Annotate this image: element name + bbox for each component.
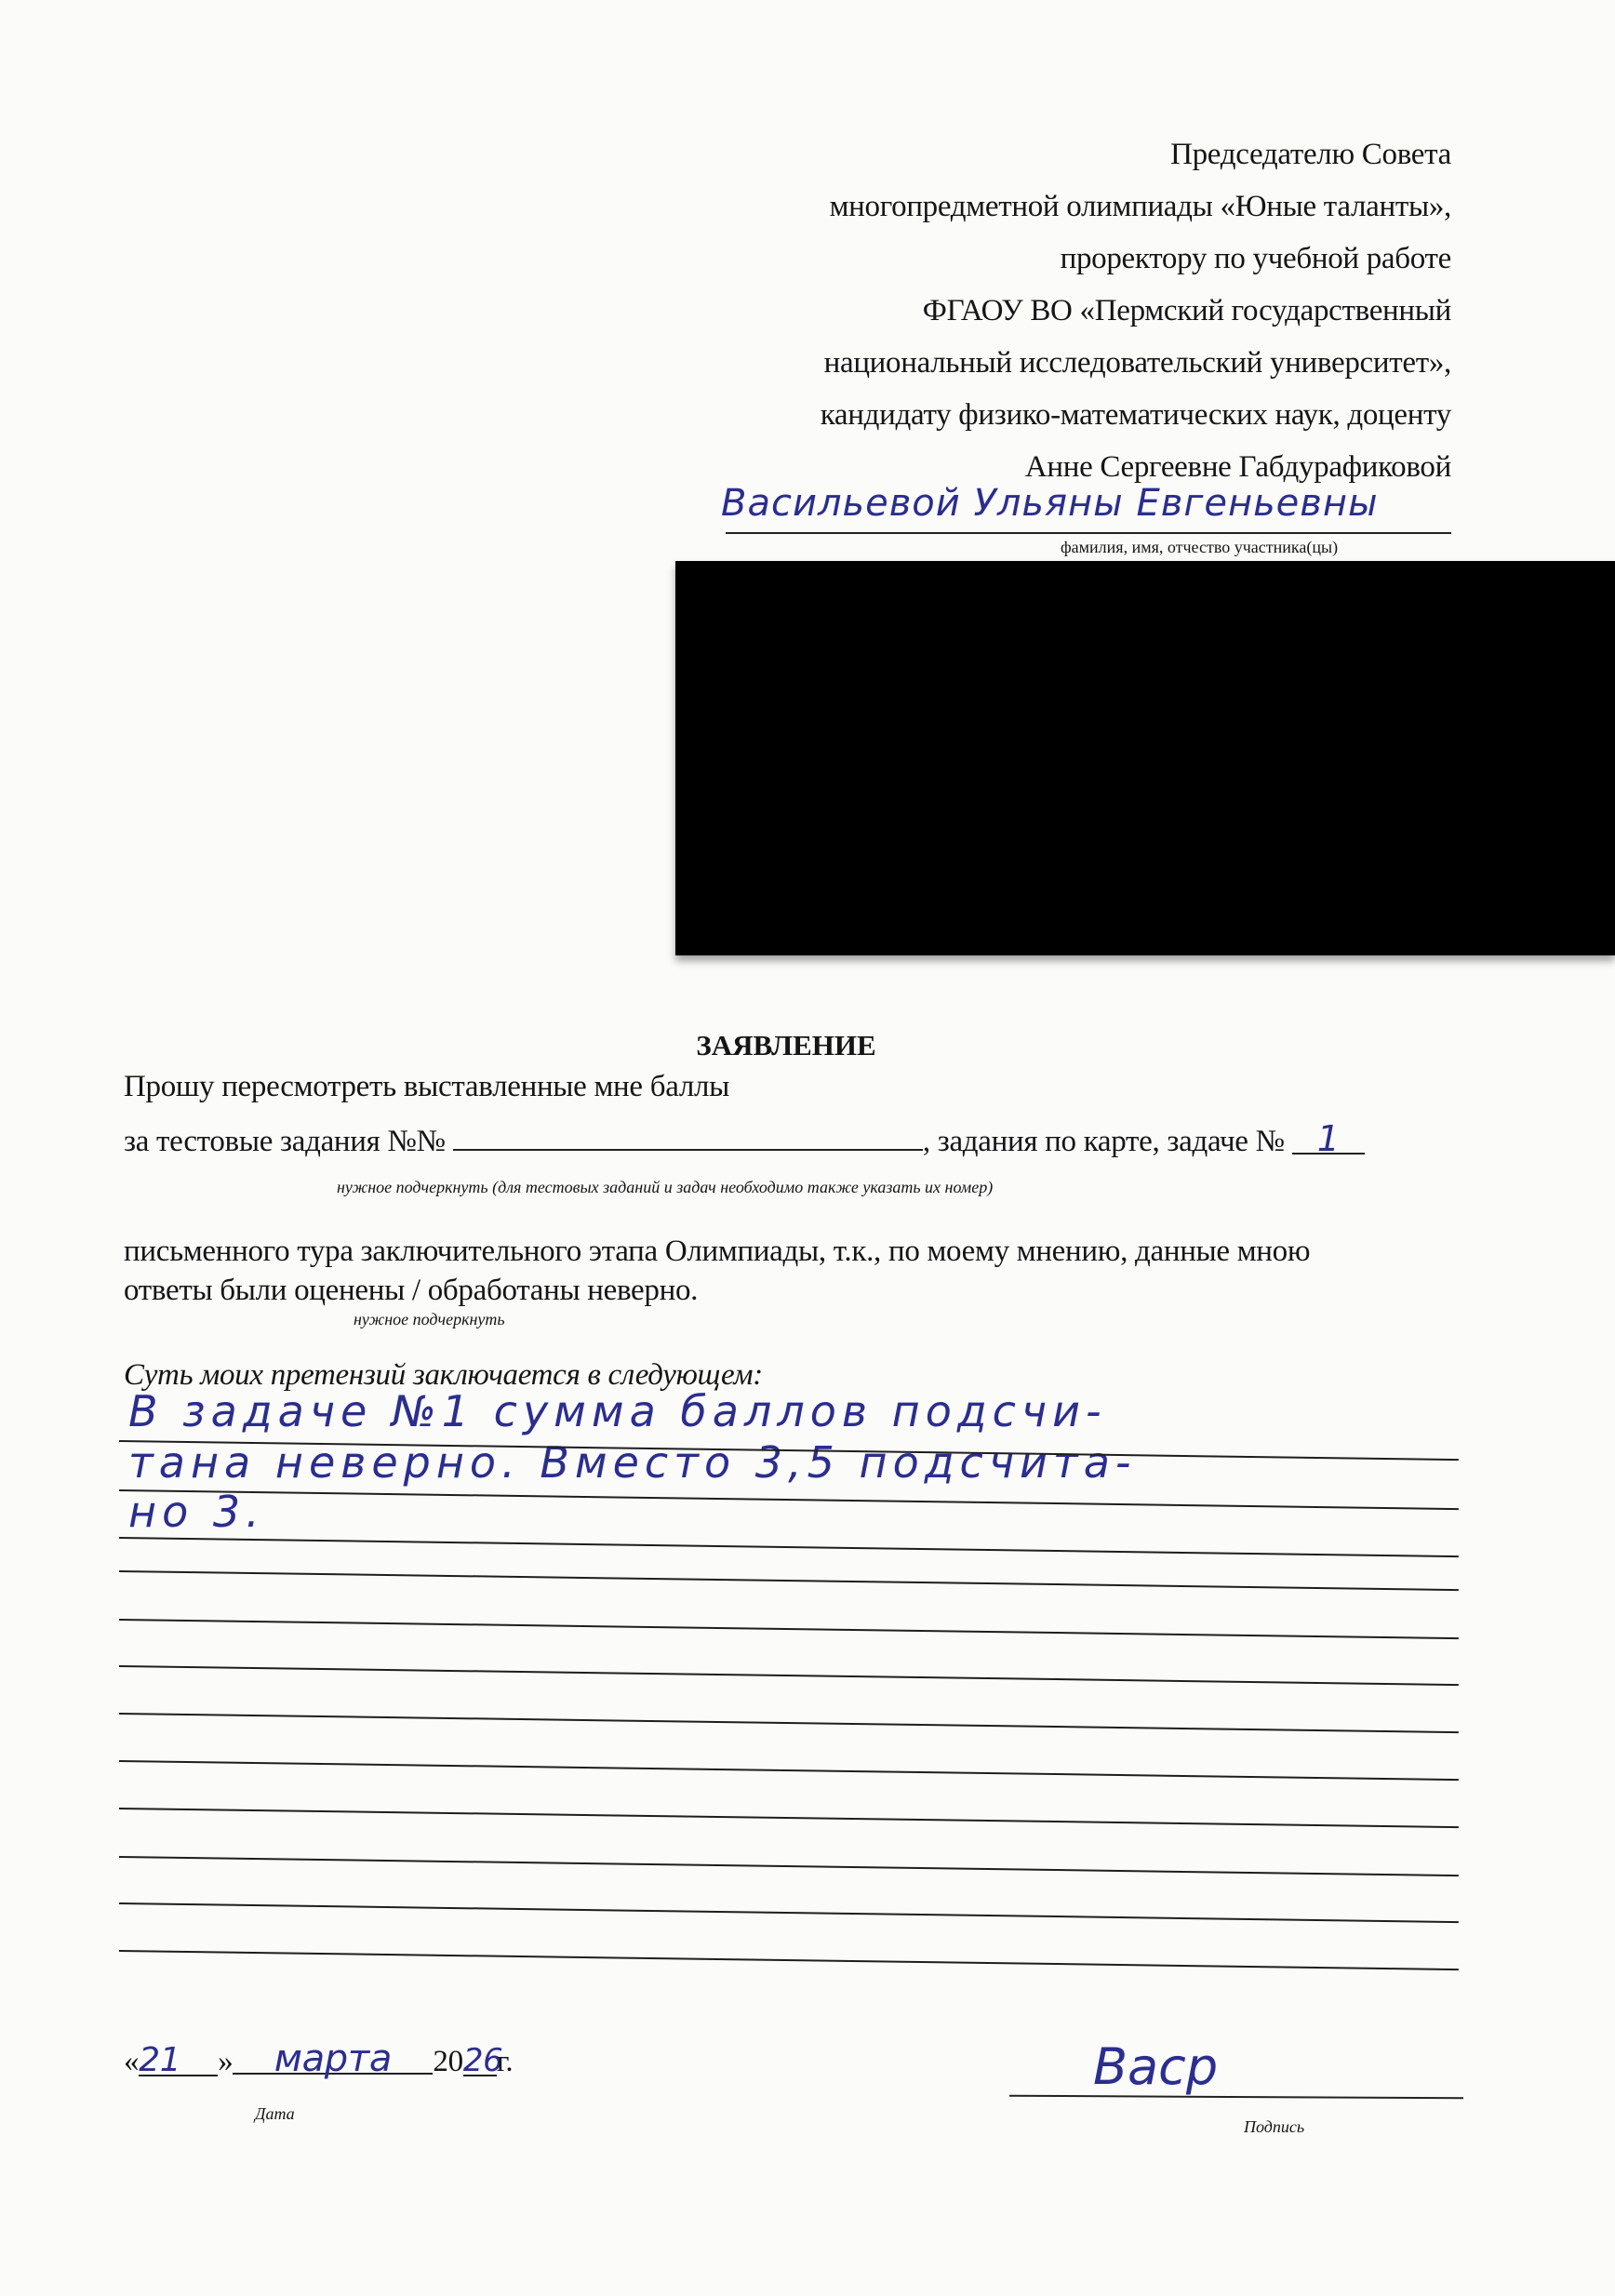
signature-caption: Подпись — [1244, 2117, 1304, 2137]
ruled-line — [119, 1665, 1459, 1686]
ruled-line — [119, 1950, 1459, 1970]
tasks-middle-text: , задания по карте, задаче № — [923, 1125, 1285, 1158]
addressee-line-5: национальный исследовательский университ… — [824, 337, 1451, 389]
date-year-suffix-field[interactable]: 26 — [463, 2047, 497, 2076]
caption-underline-needed-2: нужное подчеркнуть — [354, 1310, 505, 1329]
addressee-line-6: кандидату физико-математических наук, до… — [821, 389, 1451, 441]
statement-line-2: за тестовые задания №№ , задания по карт… — [124, 1125, 1365, 1159]
ruled-line — [119, 1489, 1459, 1510]
statement-line-1: Прошу пересмотреть выставленные мне балл… — [124, 1070, 729, 1104]
date-caption: Дата — [255, 2104, 295, 2124]
ruled-line — [119, 1713, 1459, 1733]
date-open-quote: « — [124, 2045, 139, 2078]
date-month-field[interactable]: марта — [233, 2045, 433, 2075]
tests-numbers-field[interactable] — [453, 1149, 923, 1151]
task-number-field[interactable]: 1 — [1292, 1125, 1365, 1155]
participant-name-caption: фамилия, имя, отчество участника(цы) — [1061, 538, 1338, 557]
addressee-line-4: ФГАОУ ВО «Пермский государственный — [923, 285, 1451, 337]
ruled-line — [119, 1902, 1459, 1923]
redaction-block — [675, 561, 1615, 955]
ruled-line — [119, 1760, 1459, 1781]
date-day-field[interactable]: 21 — [139, 2047, 218, 2076]
ruled-line — [119, 1619, 1459, 1639]
addressee-line-1: Председателю Совета — [1170, 128, 1451, 180]
participant-name-handwritten: Васильевой Ульяны Евгеньевны — [721, 482, 1379, 525]
claims-handwritten-line-2: тана неверно. Вместо 3,5 подсчита- — [128, 1437, 1136, 1488]
statement-line-4: ответы были оценены / обработаны неверно… — [124, 1274, 698, 1308]
ruled-line — [119, 1570, 1459, 1591]
date-close-quote: » — [218, 2045, 233, 2078]
signature-handwritten: Васр — [1093, 2037, 1218, 2096]
ruled-line — [119, 1537, 1459, 1557]
caption-underline-needed-1: нужное подчеркнуть (для тестовых заданий… — [337, 1178, 993, 1197]
claims-handwritten-line-1: В задаче №1 сумма баллов подсчи- — [128, 1386, 1107, 1436]
date-year-prefix: 20 — [433, 2045, 462, 2078]
ruled-line — [119, 1808, 1459, 1828]
statement-title: ЗАЯВЛЕНИЕ — [0, 1029, 1572, 1062]
ruled-line — [119, 1856, 1459, 1876]
date-year-g: г. — [497, 2045, 513, 2078]
addressee-line-3: проректору по учебной работе — [1061, 233, 1451, 285]
signature-line[interactable] — [1009, 2095, 1463, 2100]
date-field: «21»марта2026г. — [124, 2045, 513, 2079]
tests-prefix: за тестовые задания №№ — [124, 1125, 446, 1158]
addressee-line-2: многопредметной олимпиады «Юные таланты»… — [830, 180, 1451, 233]
participant-name-underline — [726, 532, 1451, 534]
statement-line-3: письменного тура заключительного этапа О… — [124, 1235, 1310, 1269]
claims-handwritten-line-3: но 3. — [128, 1487, 265, 1537]
